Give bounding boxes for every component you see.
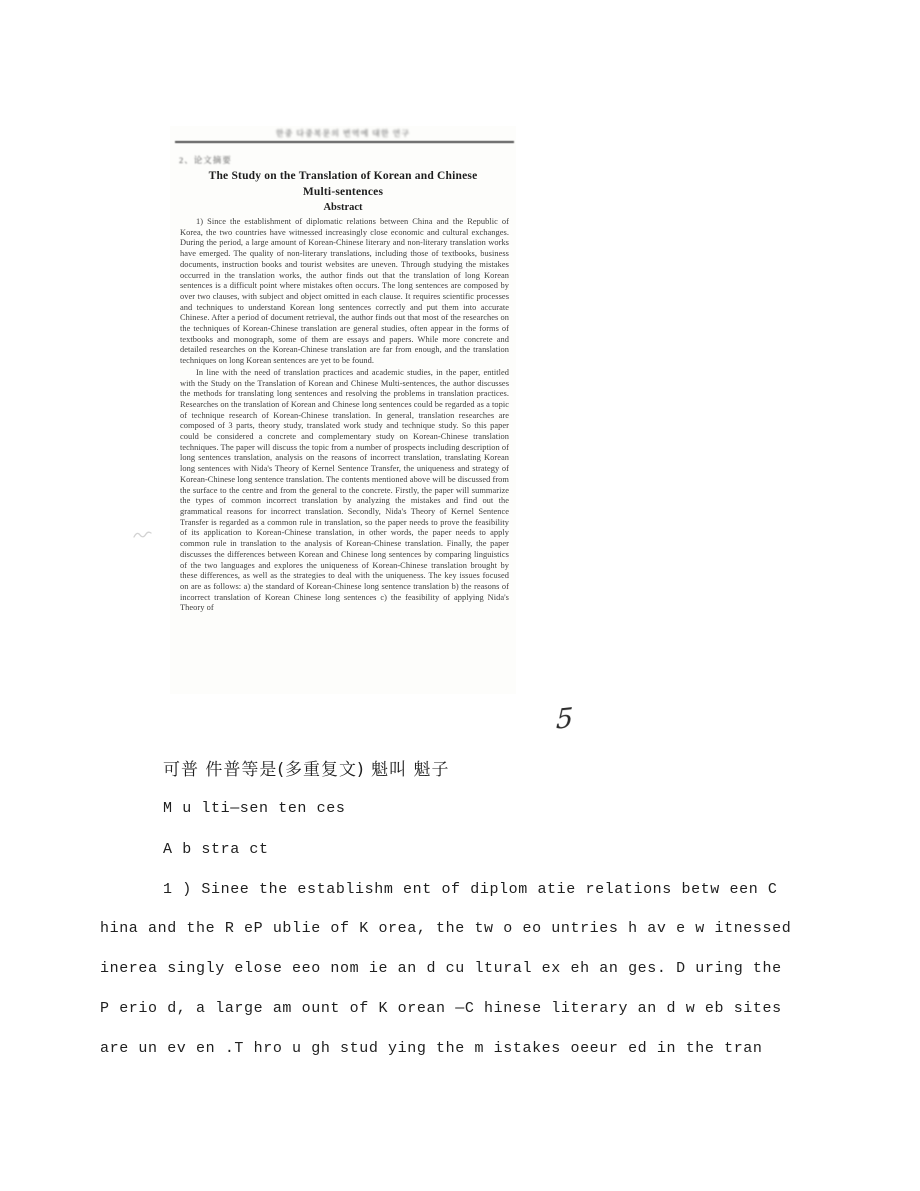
body-text-line: 1 ) Sinee the establishm ent of diplom a… bbox=[163, 881, 778, 898]
scan-paragraph-2: In line with the need of translation pra… bbox=[180, 368, 509, 614]
document-page: 한중 다중복문의 번역에 대한 연구 2、论文摘要 The Study on t… bbox=[0, 0, 920, 1191]
scan-abstract-body: 1) Since the establishment of diplomatic… bbox=[170, 217, 516, 614]
body-text-line: hina and the R eP ublie of K orea, the t… bbox=[100, 920, 791, 937]
scan-paragraph-1: 1) Since the establishment of diplomatic… bbox=[180, 217, 509, 367]
scan-running-head: 한중 다중복문의 번역에 대한 연구 bbox=[170, 128, 516, 139]
body-text-line: P erio d, a large am ount of K orean —C … bbox=[100, 1000, 782, 1017]
scan-title-line2: Multi-sentences bbox=[170, 184, 516, 200]
scan-content: 2、论文摘要 The Study on the Translation of K… bbox=[170, 152, 516, 614]
pencil-squiggle-mark bbox=[132, 527, 154, 543]
body-text-line-abstract: A b stra ct bbox=[163, 841, 269, 858]
scanned-abstract-image: 한중 다중복문의 번역에 대한 연구 2、论文摘要 The Study on t… bbox=[170, 126, 516, 694]
scan-header-rule bbox=[175, 141, 514, 143]
handwritten-page-number: 5 bbox=[556, 703, 574, 736]
body-text-line: are un ev en .T hro u gh stud ying the m… bbox=[100, 1040, 763, 1057]
body-text-line-chinese: 可普 件普等是(多重复文) 魁叫 魁子 bbox=[163, 755, 449, 780]
scan-title-line1: The Study on the Translation of Korean a… bbox=[170, 168, 516, 184]
scan-abstract-heading: Abstract bbox=[170, 201, 516, 215]
scan-section-label: 2、论文摘要 bbox=[179, 154, 516, 166]
body-text-line: inerea singly elose eeo nom ie an d cu l… bbox=[100, 960, 782, 977]
body-text-line-multisentences: M u lti—sen ten ces bbox=[163, 800, 345, 817]
